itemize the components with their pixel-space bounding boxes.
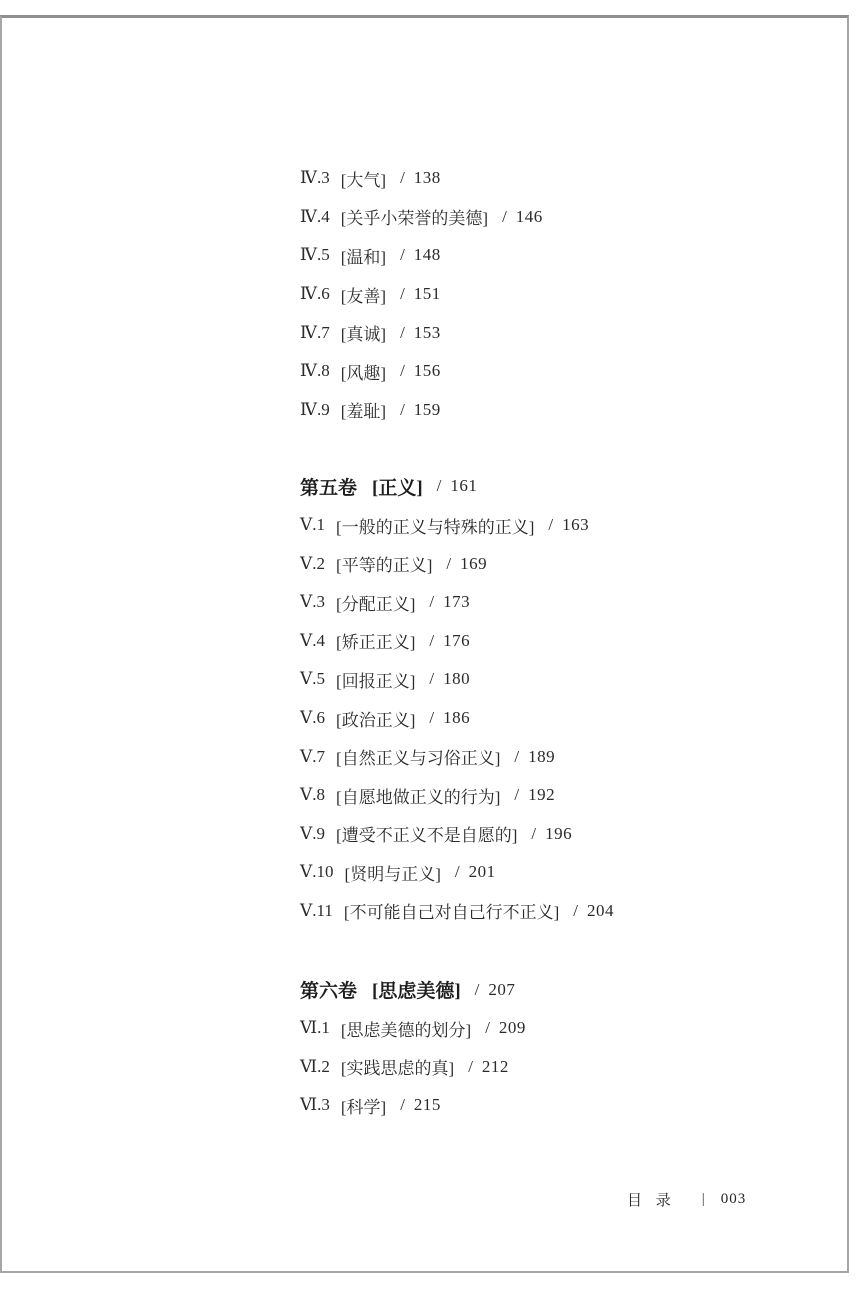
entry-title: [思虑美德的划分] [341, 1016, 471, 1041]
toc-entry: Ⅳ.8 [风趣] / 156 [300, 352, 614, 391]
entry-separator: / [429, 669, 434, 689]
entry-title: [遭受不正义不是自愿的] [336, 821, 517, 846]
entry-title: [温和] [341, 243, 386, 268]
entry-number: Ⅳ.6 [300, 284, 330, 304]
toc-entry: Ⅴ.2 [平等的正义] / 169 [300, 544, 614, 583]
entry-page: 212 [482, 1057, 509, 1077]
toc-entry: Ⅳ.6 [友善] / 151 [300, 275, 614, 314]
entry-number: Ⅳ.4 [300, 207, 330, 227]
footer-section-label: 目 录 [627, 1189, 676, 1210]
toc-entry: Ⅵ.1 [思虑美德的划分] / 209 [300, 1009, 614, 1048]
entry-number: Ⅴ.5 [300, 669, 325, 689]
entry-page: 196 [545, 824, 572, 844]
toc-entry: Ⅳ.4 [关乎小荣誉的美德] / 146 [300, 198, 614, 237]
entry-page: 189 [528, 747, 555, 767]
entry-number: Ⅴ.9 [300, 824, 325, 844]
entry-number: Ⅴ.7 [300, 747, 325, 767]
toc-entry: Ⅴ.5 [回报正义] / 180 [300, 660, 614, 699]
entry-separator: / [573, 901, 578, 921]
entry-separator: / [400, 1095, 405, 1115]
entry-page: 209 [499, 1018, 526, 1038]
entry-number: Ⅵ.1 [300, 1018, 330, 1038]
entry-number: Ⅴ.3 [300, 592, 325, 612]
entry-separator: / [437, 476, 442, 496]
table-of-contents: Ⅳ.3 [大气] / 138 Ⅳ.4 [关乎小荣誉的美德] / 146 Ⅳ.5 … [300, 159, 614, 1125]
chapter-title: [思虑美德] [372, 976, 461, 1003]
entry-title: [贤明与正义] [345, 860, 441, 885]
toc-entry: Ⅳ.9 [羞耻] / 159 [300, 391, 614, 430]
entry-page: 201 [469, 862, 496, 882]
entry-number: Ⅵ.3 [300, 1095, 330, 1115]
entry-title: [友善] [341, 282, 386, 307]
entry-title: [政治正义] [336, 706, 415, 731]
entry-number: Ⅳ.5 [300, 245, 330, 265]
footer-page-number: 003 [721, 1191, 747, 1208]
entry-separator: / [446, 554, 451, 574]
entry-title: [回报正义] [336, 667, 415, 692]
chapter-page: 161 [450, 476, 477, 496]
entry-separator: / [400, 168, 405, 188]
entry-title: [实践思虑的真] [341, 1054, 454, 1079]
entry-number: Ⅴ.2 [300, 554, 325, 574]
entry-page: 153 [414, 323, 441, 343]
entry-separator: / [514, 785, 519, 805]
entry-number: Ⅴ.8 [300, 785, 325, 805]
entry-separator: / [429, 708, 434, 728]
entry-page: 215 [414, 1095, 441, 1115]
entry-separator: / [429, 592, 434, 612]
toc-entry: Ⅳ.3 [大气] / 138 [300, 159, 614, 198]
entry-number: Ⅴ.1 [300, 515, 325, 535]
entry-page: 138 [414, 168, 441, 188]
entry-separator: / [429, 631, 434, 651]
entry-separator: / [400, 245, 405, 265]
toc-entry: Ⅳ.7 [真诚] / 153 [300, 313, 614, 352]
entry-separator: / [502, 207, 507, 227]
entry-page: 173 [443, 592, 470, 612]
entry-separator: / [548, 515, 553, 535]
entry-title: [自愿地做正义的行为] [336, 783, 500, 808]
chapter-heading-book-6: 第六卷 [思虑美德] / 207 [300, 970, 614, 1009]
entry-page: 186 [443, 708, 470, 728]
entry-page: 156 [414, 361, 441, 381]
entry-title: [不可能自己对自己行不正义] [344, 898, 559, 923]
entry-page: 159 [414, 400, 441, 420]
toc-entry: Ⅴ.6 [政治正义] / 186 [300, 699, 614, 738]
toc-entry: Ⅴ.9 [遭受不正义不是自愿的] / 196 [300, 815, 614, 854]
entry-title: [自然正义与习俗正义] [336, 744, 500, 769]
entry-page: 176 [443, 631, 470, 651]
toc-entry: Ⅵ.3 [科学] / 215 [300, 1086, 614, 1125]
entry-page: 204 [587, 901, 614, 921]
entry-number: Ⅳ.7 [300, 323, 330, 343]
entry-page: 163 [562, 515, 589, 535]
toc-entry: Ⅴ.8 [自愿地做正义的行为] / 192 [300, 776, 614, 815]
entry-separator: / [455, 862, 460, 882]
entry-separator: / [400, 400, 405, 420]
entry-page: 151 [414, 284, 441, 304]
entry-title: [羞耻] [341, 397, 386, 422]
toc-entry: Ⅴ.3 [分配正义] / 173 [300, 583, 614, 622]
entry-title: [分配正义] [336, 590, 415, 615]
toc-entry: Ⅳ.5 [温和] / 148 [300, 236, 614, 275]
toc-entry: Ⅴ.4 [矫正正义] / 176 [300, 622, 614, 661]
entry-number: Ⅳ.8 [300, 361, 330, 381]
entry-separator: / [485, 1018, 490, 1038]
toc-entry: Ⅴ.10 [贤明与正义] / 201 [300, 853, 614, 892]
chapter-label: 第五卷 [300, 473, 357, 500]
entry-number: Ⅴ.6 [300, 708, 325, 728]
toc-entry: Ⅴ.11 [不可能自己对自己行不正义] / 204 [300, 892, 614, 931]
entry-title: [关乎小荣誉的美德] [341, 204, 488, 229]
chapter-label: 第六卷 [300, 976, 357, 1003]
entry-number: Ⅴ.10 [300, 862, 334, 882]
footer-separator: | [702, 1191, 705, 1208]
entry-separator: / [531, 824, 536, 844]
chapter-heading-book-5: 第五卷 [正义] / 161 [300, 467, 614, 506]
entry-title: [科学] [341, 1093, 386, 1118]
entry-separator: / [400, 284, 405, 304]
toc-entry: Ⅵ.2 [实践思虑的真] / 212 [300, 1047, 614, 1086]
entry-separator: / [468, 1057, 473, 1077]
chapter-page: 207 [488, 980, 515, 1000]
entry-number: Ⅵ.2 [300, 1057, 330, 1077]
entry-page: 192 [528, 785, 555, 805]
toc-entry: Ⅴ.7 [自然正义与习俗正义] / 189 [300, 737, 614, 776]
entry-number: Ⅴ.4 [300, 631, 325, 651]
page-footer: 目 录 | 003 [627, 1189, 746, 1210]
entry-number: Ⅳ.3 [300, 168, 330, 188]
entry-page: 148 [414, 245, 441, 265]
chapter-title: [正义] [372, 473, 423, 500]
entry-title: [平等的正义] [336, 551, 432, 576]
entry-page: 180 [443, 669, 470, 689]
entry-separator: / [400, 323, 405, 343]
entry-title: [矫正正义] [336, 628, 415, 653]
entry-page: 169 [460, 554, 487, 574]
entry-separator: / [514, 747, 519, 767]
entry-title: [真诚] [341, 320, 386, 345]
entry-separator: / [400, 361, 405, 381]
toc-entry: Ⅴ.1 [一般的正义与特殊的正义] / 163 [300, 506, 614, 545]
entry-title: [大气] [341, 166, 386, 191]
entry-title: [一般的正义与特殊的正义] [336, 513, 534, 538]
entry-number: Ⅳ.9 [300, 400, 330, 420]
entry-page: 146 [516, 207, 543, 227]
entry-title: [风趣] [341, 359, 386, 384]
entry-number: Ⅴ.11 [300, 901, 333, 921]
entry-separator: / [475, 980, 480, 1000]
